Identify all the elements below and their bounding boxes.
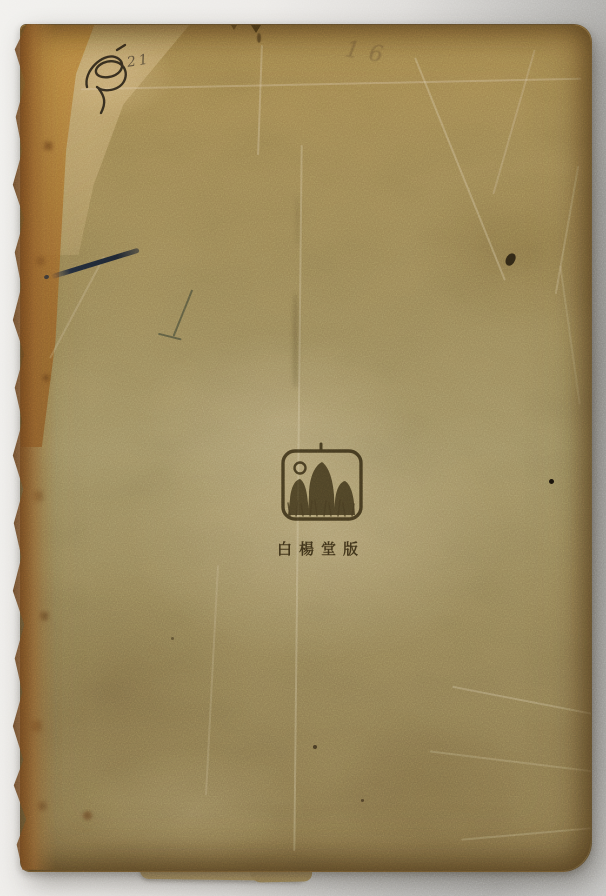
- photo-of-old-book-cover: 21 16: [0, 0, 606, 896]
- book-cover: 21 16: [20, 24, 592, 872]
- edge-wear-vignette: [21, 25, 591, 871]
